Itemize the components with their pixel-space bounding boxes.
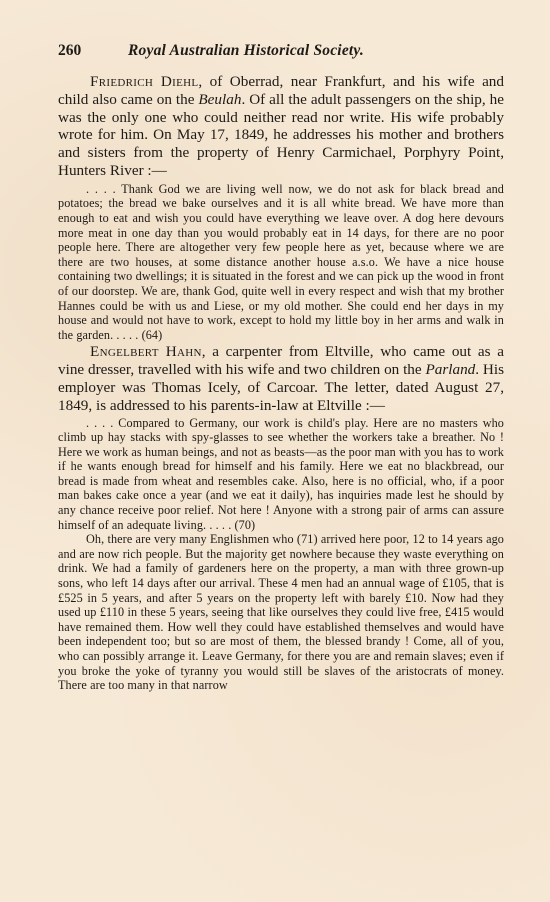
ship-name: Beulah [198,91,241,108]
ship-name: Parland [425,361,475,378]
letter-quote-diehl: . . . . Thank God we are living well now… [58,182,504,343]
page-header: 260 Royal Australian Historical Society. [58,42,504,62]
letter-quote-hahn-1: . . . . Compared to Germany, our work is… [58,416,504,533]
paragraph-hahn: Engelbert Hahn, a carpenter from Eltvill… [58,343,504,414]
page-number: 260 [58,42,128,60]
letter-quote-hahn-2: Oh, there are very many Englishmen who (… [58,532,504,693]
book-page: 260 Royal Australian Historical Society.… [58,42,504,693]
paragraph-diehl: Friedrich Diehl, of Oberrad, near Frankf… [58,73,504,180]
person-name: Engelbert Hahn [90,343,202,360]
running-title: Royal Australian Historical Society. [128,42,364,60]
person-name: Friedrich Diehl [90,73,198,90]
